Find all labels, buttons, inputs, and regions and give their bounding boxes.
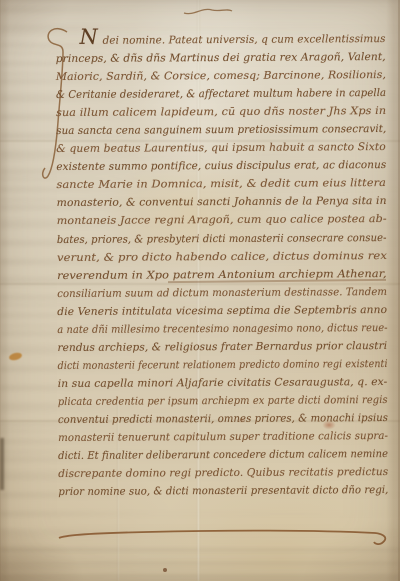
manuscript-line-17: a nate dñi millesimo trecentesimo nonage… (57, 319, 387, 339)
manuscript-line-3: Maioric, Sardiñ, & Corsice, comesq; Barc… (56, 66, 386, 86)
verso-bleedthrough-bottom (0, 543, 400, 581)
manuscript-line-8: existente summo pontifice, cuius discipu… (56, 156, 386, 176)
manuscript-line-25: discrepante domino regi predicto. Quibus… (58, 463, 388, 483)
manuscript-line-24: dicti. Et finaliter deliberarunt concede… (58, 445, 388, 465)
manuscript-line-5: sua illum calicem lapideum, cū quo dñs n… (56, 102, 386, 122)
manuscript-line-21: plicata credentia per ipsum archiepm ex … (58, 391, 388, 411)
manuscript-line-23: monasterii tenuerunt capitulum super tra… (58, 427, 388, 447)
manuscript-line-16: die Veneris intitulata vicesima septima … (57, 301, 387, 321)
manuscript-line-6: sua sancta cena sanguinem suum pretiosis… (56, 120, 386, 140)
manuscript-line-26: prior nomine suo, & dicti monasterii pre… (58, 481, 388, 501)
manuscript-line-2: princeps, & dñs dñs Martinus dei gratia … (56, 48, 386, 68)
manuscript-line-9: sancte Marie in Domnica, misit, & dedit … (56, 174, 386, 194)
manuscript-line-19: dicti monasterii fecerunt relationem pre… (58, 355, 388, 375)
manuscript-line-11: montaneis Jacce regni Aragoñ, cum quo ca… (57, 210, 387, 230)
manuscript-line-15: consiliarium suum ad dictum monasterium … (57, 283, 387, 303)
manuscript-line-4: & Ceritanie desideraret, & affectaret mu… (56, 84, 386, 104)
orange-stain (8, 352, 22, 362)
manuscript-line-22: conventui predicti monasterii, omnes pri… (58, 409, 388, 429)
manuscript-text: N dei nomine. Pateat universis, q cum ex… (56, 30, 389, 501)
manuscript-line-18: rendus archieps, & religiosus frater Ber… (57, 337, 387, 357)
manuscript-line-13: verunt, & pro dicto habendo calice, dict… (57, 247, 387, 267)
manuscript-line-10: monasterio, & conventui sancti Johannis … (57, 192, 387, 212)
manuscript-line-14: reverendum in Xpo patrem Antonium archie… (57, 265, 387, 285)
manuscript-line-20: in sua capella minori Aljafarie civitati… (58, 373, 388, 393)
top-flourish-icon (182, 4, 234, 18)
manuscript-line-1: N dei nomine. Pateat universis, q cum ex… (56, 30, 386, 50)
manuscript-line-12: bates, priores, & presbyteri dicti monas… (57, 229, 387, 249)
bottom-rule-flourish-icon (57, 528, 391, 548)
manuscript-line-7: & quem beatus Laurentius, qui ipsum habu… (56, 138, 386, 158)
manuscript-page: N dei nomine. Pateat universis, q cum ex… (0, 0, 400, 581)
ink-dot (163, 568, 167, 572)
page-edge-shadow (0, 438, 4, 490)
